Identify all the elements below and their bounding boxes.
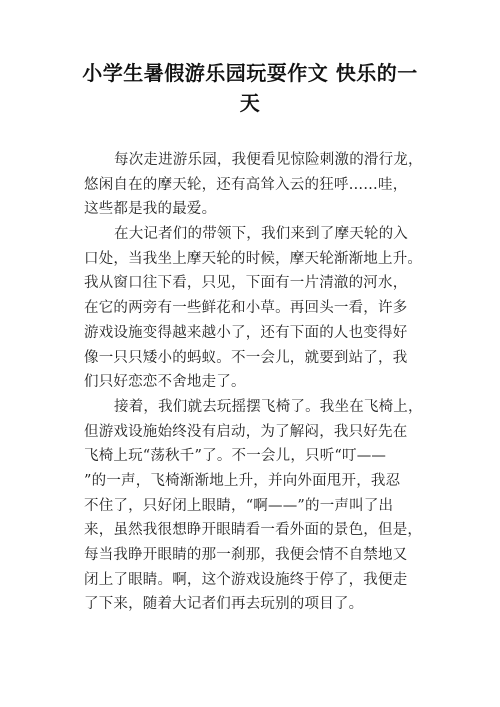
- document-page: 小学生暑假游乐园玩耍作文 快乐的一 天 每次走进游乐园，我便看见惊险刺激的滑行龙…: [0, 0, 500, 707]
- text-line: 我从窗口往下看，只见，下面有一片清澈的河水，: [84, 271, 424, 296]
- text-line: 口处，当我坐上摩天轮的时候，摩天轮渐渐地上升。: [84, 247, 424, 272]
- paragraph-2: 在大记者们的带领下，我们来到了摩天轮的入 口处，当我坐上摩天轮的时候，摩天轮渐渐…: [84, 222, 424, 395]
- text-line: 每次走进游乐园，我便看见惊险刺激的滑行龙，: [84, 148, 424, 173]
- text-line: 在大记者们的带领下，我们来到了摩天轮的入: [84, 222, 424, 247]
- text-line: 来，虽然我很想睁开眼睛看一看外面的景色，但是，: [84, 518, 424, 543]
- paragraph-1: 每次走进游乐园，我便看见惊险刺激的滑行龙， 悠闲自在的摩天轮，还有高耸入云的狂呼…: [84, 148, 424, 222]
- text-line: 飞椅上玩“荡秋千”了。不一会儿，只听“叮——: [84, 444, 424, 469]
- text-line: 了下来，随着大记者们再去玩别的项目了。: [84, 592, 424, 617]
- title-line: 天: [60, 88, 440, 118]
- text-line: 但游戏设施始终没有启动，为了解闷，我只好先在: [84, 420, 424, 445]
- paragraph-3: 接着，我们就去玩摇摆飞椅了。我坐在飞椅上， 但游戏设施始终没有启动，为了解闷，我…: [84, 395, 424, 617]
- text-line: 每当我睁开眼睛的那一刹那，我便会情不自禁地又: [84, 543, 424, 568]
- document-body: 每次走进游乐园，我便看见惊险刺激的滑行龙， 悠闲自在的摩天轮，还有高耸入云的狂呼…: [84, 148, 424, 617]
- text-line: 不住了，只好闭上眼睛，“啊——”的一声叫了出: [84, 494, 424, 519]
- document-title: 小学生暑假游乐园玩耍作文 快乐的一 天: [60, 58, 440, 118]
- text-line: 游戏设施变得越来越小了，还有下面的人也变得好: [84, 321, 424, 346]
- text-line: 这些都是我的最爱。: [84, 197, 424, 222]
- text-line: 闭上了眼睛。啊，这个游戏设施终于停了，我便走: [84, 568, 424, 593]
- text-line: 像一只只矮小的蚂蚁。不一会儿，就要到站了，我: [84, 346, 424, 371]
- text-line: 悠闲自在的摩天轮，还有高耸入云的狂呼……哇，: [84, 173, 424, 198]
- text-line: ”的一声，飞椅渐渐地上升，并向外面甩开，我忍: [84, 469, 424, 494]
- title-line: 小学生暑假游乐园玩耍作文 快乐的一: [60, 58, 440, 88]
- text-line: 接着，我们就去玩摇摆飞椅了。我坐在飞椅上，: [84, 395, 424, 420]
- text-line: 在它的两旁有一些鲜花和小草。再回头一看，许多: [84, 296, 424, 321]
- text-line: 们只好恋恋不舍地走了。: [84, 370, 424, 395]
